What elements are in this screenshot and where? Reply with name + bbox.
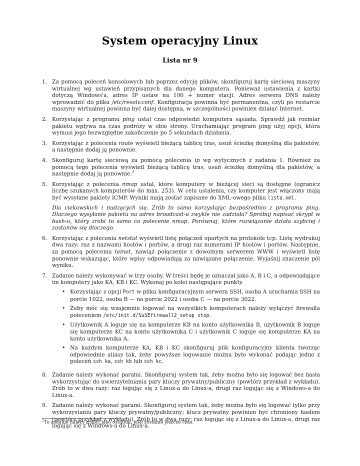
item-number: 4.	[42, 157, 52, 177]
item-number: 3.	[42, 140, 52, 154]
text-run: lub	[132, 358, 144, 365]
item-text: Zadanie należy wykonywać w trzy osoby. W…	[52, 272, 320, 368]
list-item: 5.Korzystając z polecenia nmap ustal, kt…	[42, 181, 320, 232]
item-text: Za pomocą poleceń konsolowych lub poprze…	[52, 79, 320, 113]
inline-code: /etc/init.d/SuSEfirewall2_setup stop	[103, 313, 209, 319]
item-number: 5.	[42, 181, 52, 232]
text-run: Zadanie należy wykonywać w trzy osoby. W…	[52, 272, 320, 285]
text-run: Użytkownik A loguje się na komputerze KB…	[70, 322, 320, 342]
item-text: Zadanie należy wykonać parami. Skonfigur…	[52, 371, 320, 398]
text-run: Korzystając z opcji	[70, 289, 123, 296]
document-page: { "page": { "title": "System operacyjny …	[0, 0, 360, 466]
bullet-text: Użytkownik A loguje się na komputerze KB…	[70, 322, 320, 342]
bullet-list: •Korzystając z opcji Port w pliku konfig…	[52, 289, 320, 366]
list-item: 3.Korzystając z polecenia route wyświetl…	[42, 140, 320, 154]
item-text: Korzystając z polecenia route wyświetl b…	[52, 140, 320, 154]
text-run: .	[162, 358, 164, 365]
text-run: Korzystając z programu	[52, 116, 123, 123]
bullet-marker: •	[62, 345, 70, 366]
bullet-text: Korzystając z opcji Port w pliku konfigu…	[70, 289, 320, 303]
bullet-marker: •	[62, 322, 70, 342]
bullet-text: Żeby móc się wzajemnie logować na wszyst…	[70, 305, 320, 319]
bullet-text: Na każdym komputerze KA, KB i KC skonfig…	[70, 345, 320, 366]
inline-emphasis: telnet	[115, 249, 131, 256]
exercise-list: 1.Za pomocą poleceń konsolowych lub popr…	[42, 79, 320, 430]
footnote-rule	[42, 418, 120, 419]
inline-code: Port	[123, 290, 135, 296]
bullet-item: •Użytkownik A loguje się na komputerze K…	[52, 322, 320, 342]
footnote-ref: 1	[132, 170, 134, 174]
item-text: Korzystając z programu ping ustal czas o…	[52, 116, 320, 136]
bullet-marker: •	[62, 305, 70, 319]
inline-emphasis: ping	[123, 116, 135, 123]
page-title: System operacyjny Linux	[0, 0, 360, 47]
text-run: Skonfiguruj kartę sieciową za pomocą pol…	[52, 157, 194, 164]
item-number: 7.	[42, 272, 52, 368]
text-run: .	[294, 194, 296, 201]
list-item: 1.Za pomocą poleceń konsolowych lub popr…	[42, 79, 320, 113]
footnote: 1To zadanie należy zrobić jako ostatnie,…	[42, 418, 310, 426]
text-run: Zadanie należy wykonać parami. Skonfigur…	[52, 371, 320, 398]
inline-emphasis: nmap	[122, 181, 137, 188]
item-number: 6.	[42, 235, 52, 269]
document-sheet: System operacyjny Linux Lista nr 9 1.Za …	[0, 0, 360, 466]
inline-code: lista.xml	[268, 195, 295, 201]
list-item: 7.Zadanie należy wykonywać w trzy osoby.…	[42, 272, 320, 368]
inline-emphasis: /etc/resolv.conf	[112, 99, 153, 106]
item-number: 1.	[42, 79, 52, 113]
item-text: Korzystając z polecenia netstat wyświetl…	[52, 235, 320, 269]
bullet-item: •Korzystając z opcji Port w pliku konfig…	[52, 289, 320, 303]
item-text: Korzystając z polecenia nmap ustal, któr…	[52, 181, 320, 232]
item-text: Skonfiguruj kartę sieciową za pomocą pol…	[52, 157, 320, 177]
inline-emphasis: netstat	[118, 235, 137, 242]
inline-code: ssh kc	[144, 359, 162, 365]
item-number: 8.	[42, 371, 52, 398]
inline-code: ssh ka	[93, 359, 111, 365]
inline-code: ssh kb	[114, 359, 132, 365]
item-number: 2.	[42, 116, 52, 136]
text-run: Korzystając z polecenia	[52, 235, 118, 242]
text-run: Korzystając z polecenia	[52, 181, 122, 188]
bullet-item: •Żeby móc się wzajemnie logować na wszys…	[52, 305, 320, 319]
text-run: Korzystając z polecenia	[52, 140, 119, 147]
page-subtitle: Lista nr 9	[0, 57, 360, 65]
footnote-text: To zadanie należy zrobić jako ostatnie, …	[44, 420, 194, 425]
list-item: 6.Korzystając z polecenia netstat wyświe…	[42, 235, 320, 269]
inline-emphasis: route	[119, 140, 134, 147]
list-item: 2.Korzystając z programu ping ustal czas…	[42, 116, 320, 136]
item-remark: Dla ciekawskich i nudzących się. Zrób to…	[52, 204, 320, 231]
text-run: .	[209, 312, 211, 319]
bullet-marker: •	[62, 289, 70, 303]
bullet-item: •Na każdym komputerze KA, KB i KC skonfi…	[52, 345, 320, 366]
list-item: 4.Skonfiguruj kartę sieciową za pomocą p…	[42, 157, 320, 177]
list-item: 8.Zadanie należy wykonać parami. Skonfig…	[42, 371, 320, 398]
